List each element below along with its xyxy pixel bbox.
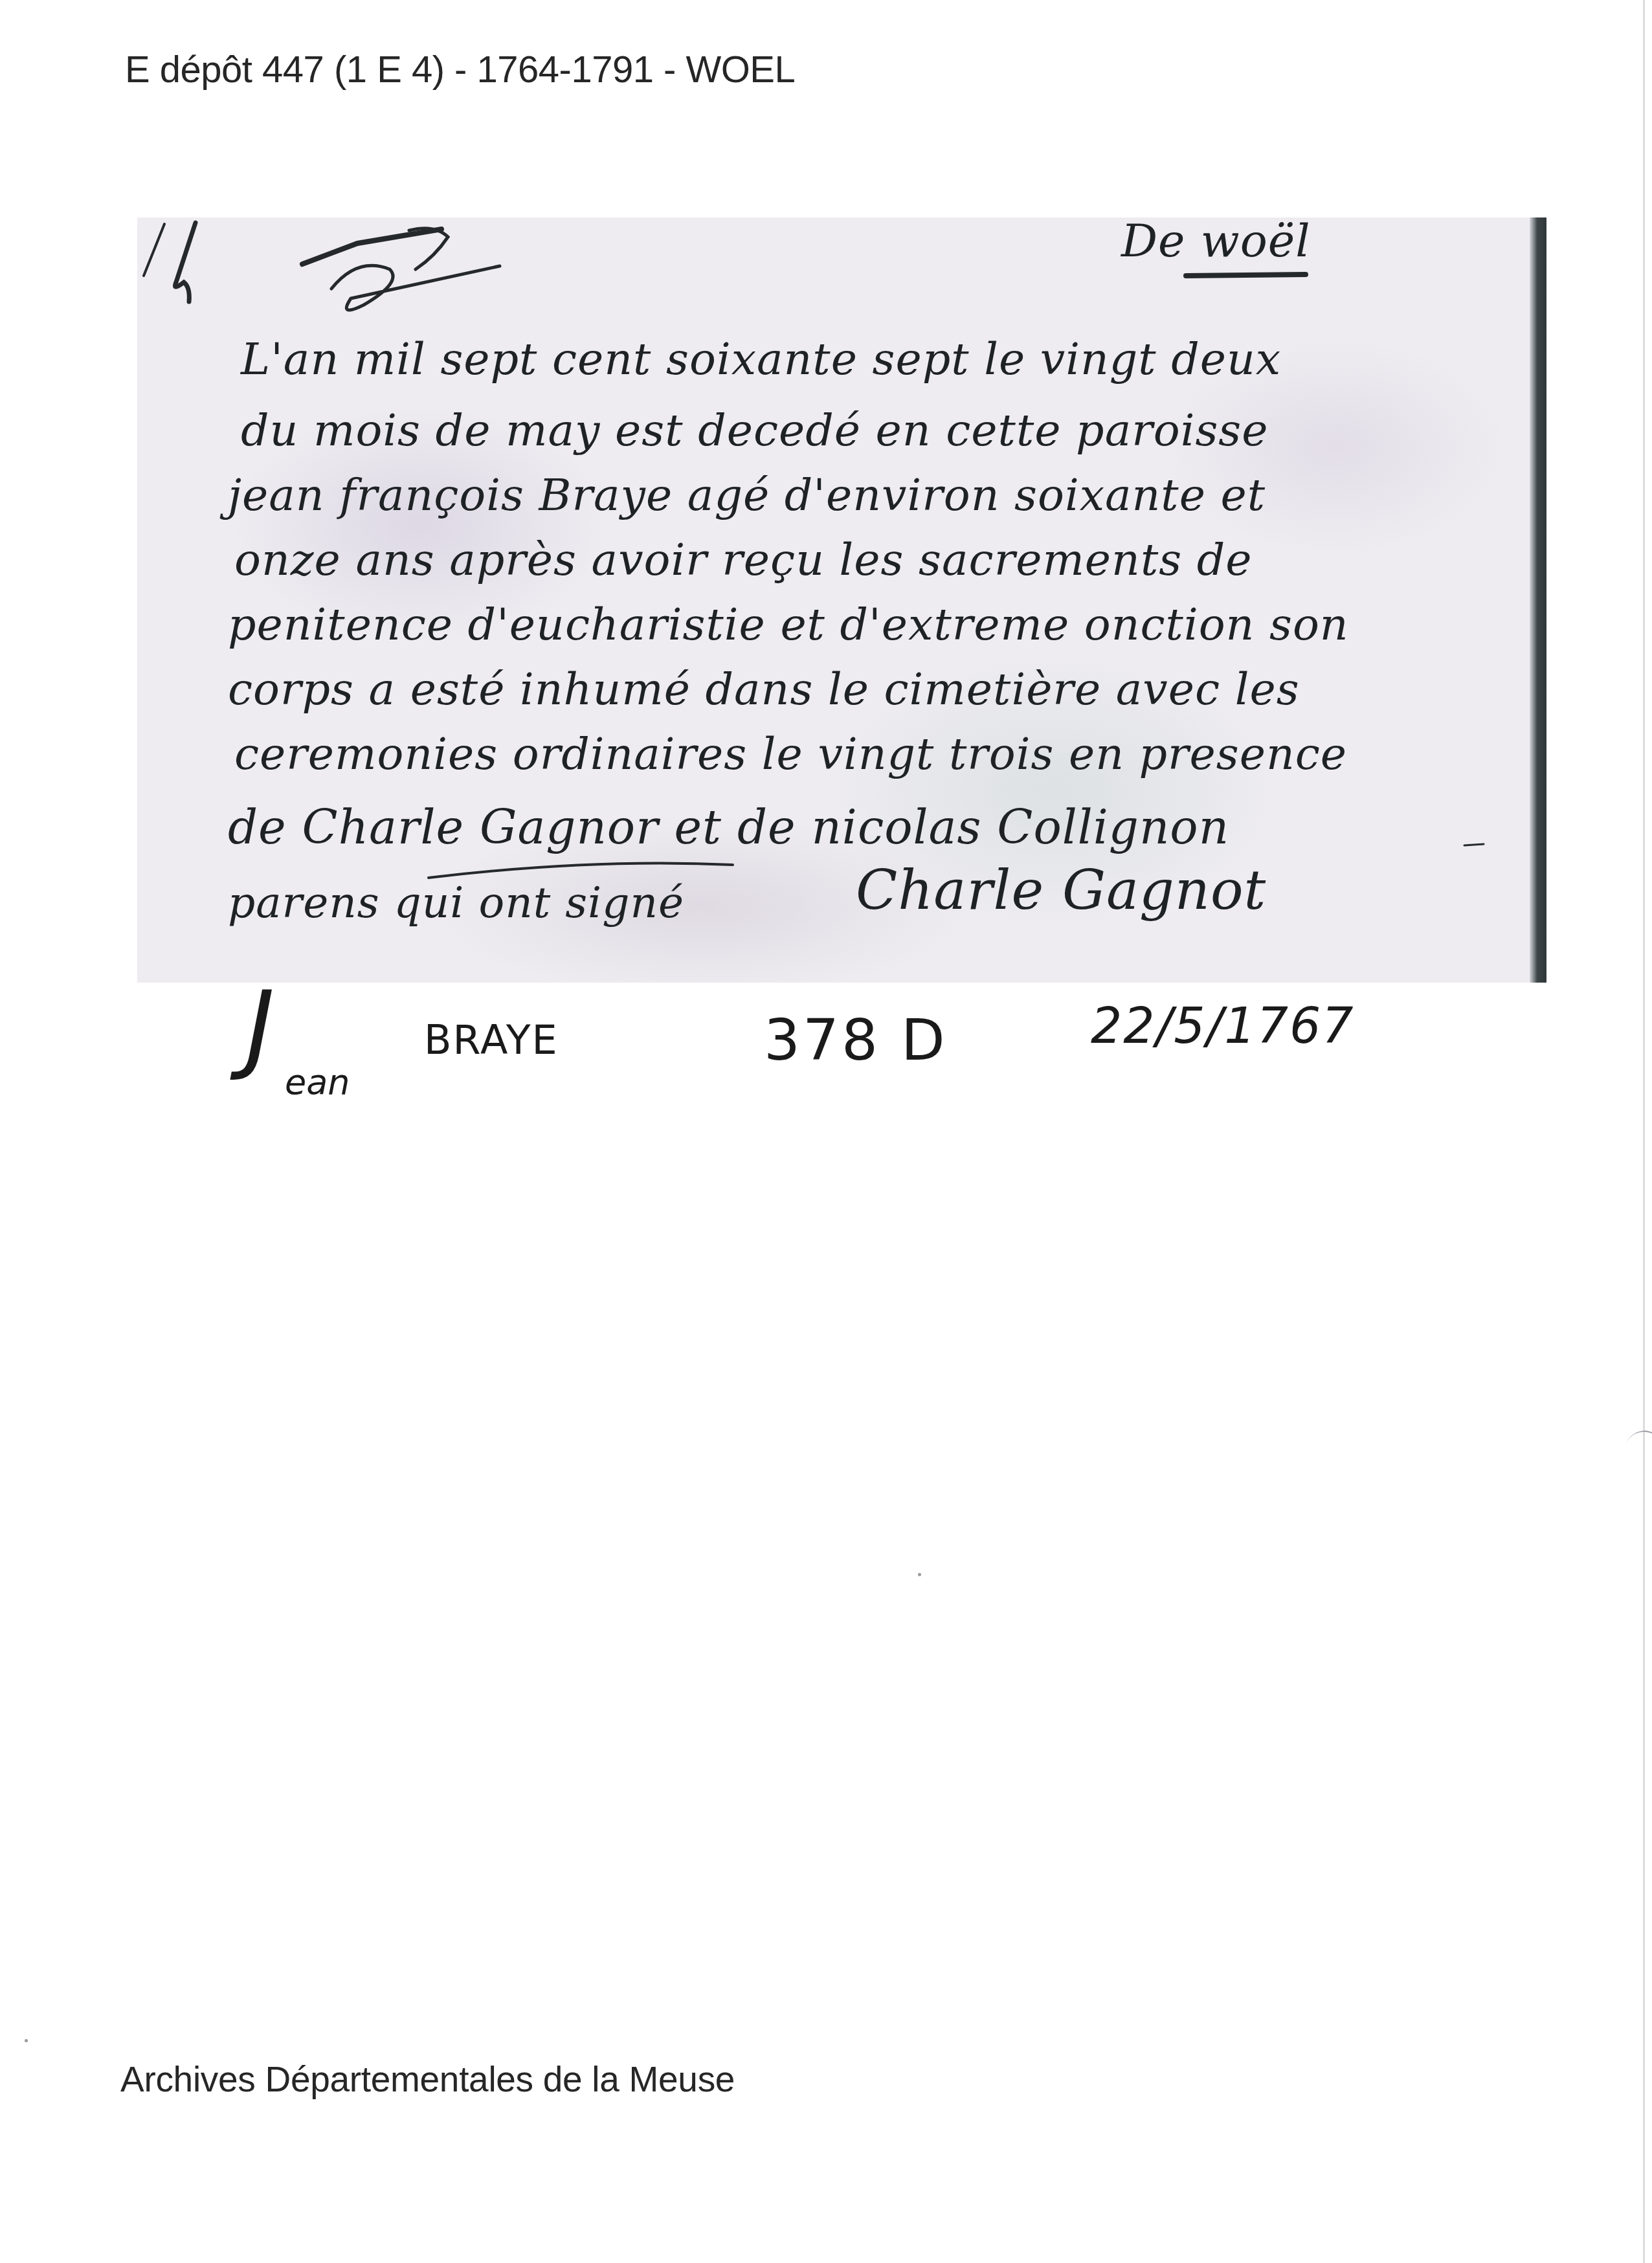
manuscript-line: penitence d'eucharistie et d'extreme onc…: [228, 599, 1349, 651]
scan-binding-edge: [1530, 217, 1546, 983]
manuscript-line: jean françois Braye agé d'environ soixan…: [228, 470, 1266, 521]
manuscript-heading: De woël: [1121, 217, 1311, 267]
annotation-forename-rest: ean: [285, 1062, 350, 1102]
manuscript-line: de Charle Gagnor et de nicolas Collignon: [228, 800, 1229, 854]
manuscript-line: parens qui ont signé: [228, 878, 684, 928]
annotation-date: 22/5/1767: [1091, 997, 1355, 1054]
manuscript-signature: Charle Gagnot: [856, 858, 1266, 922]
manuscript-line: du mois de may est decedé en cette paroi…: [241, 405, 1268, 456]
manuscript-line: L'an mil sept cent soixante sept le ving…: [241, 334, 1281, 385]
annotation-surname: BRAYE: [424, 1016, 559, 1064]
manuscript-scan: De woël L'an mil sept cent soixante sept…: [137, 217, 1546, 983]
scan-speck: [918, 1573, 921, 1576]
page-edge: [1643, 0, 1645, 2263]
page-curl-mark: [1619, 1425, 1652, 1477]
archive-credit: Archives Départementales de la Meuse: [120, 2058, 735, 2100]
manuscript-line: ceremonies ordinaires le vingt trois en …: [234, 729, 1347, 780]
annotation-reference: 378 D: [764, 1007, 948, 1073]
annotation-forename-initial: J: [246, 971, 274, 1084]
scan-speck: [25, 2039, 28, 2042]
document-header: E dépôt 447 (1 E 4) - 1764-1791 - WOEL: [125, 48, 795, 91]
manuscript-line: corps a esté inhumé dans le cimetière av…: [228, 664, 1300, 715]
manuscript-line: onze ans après avoir reçu les sacrements…: [234, 535, 1253, 586]
